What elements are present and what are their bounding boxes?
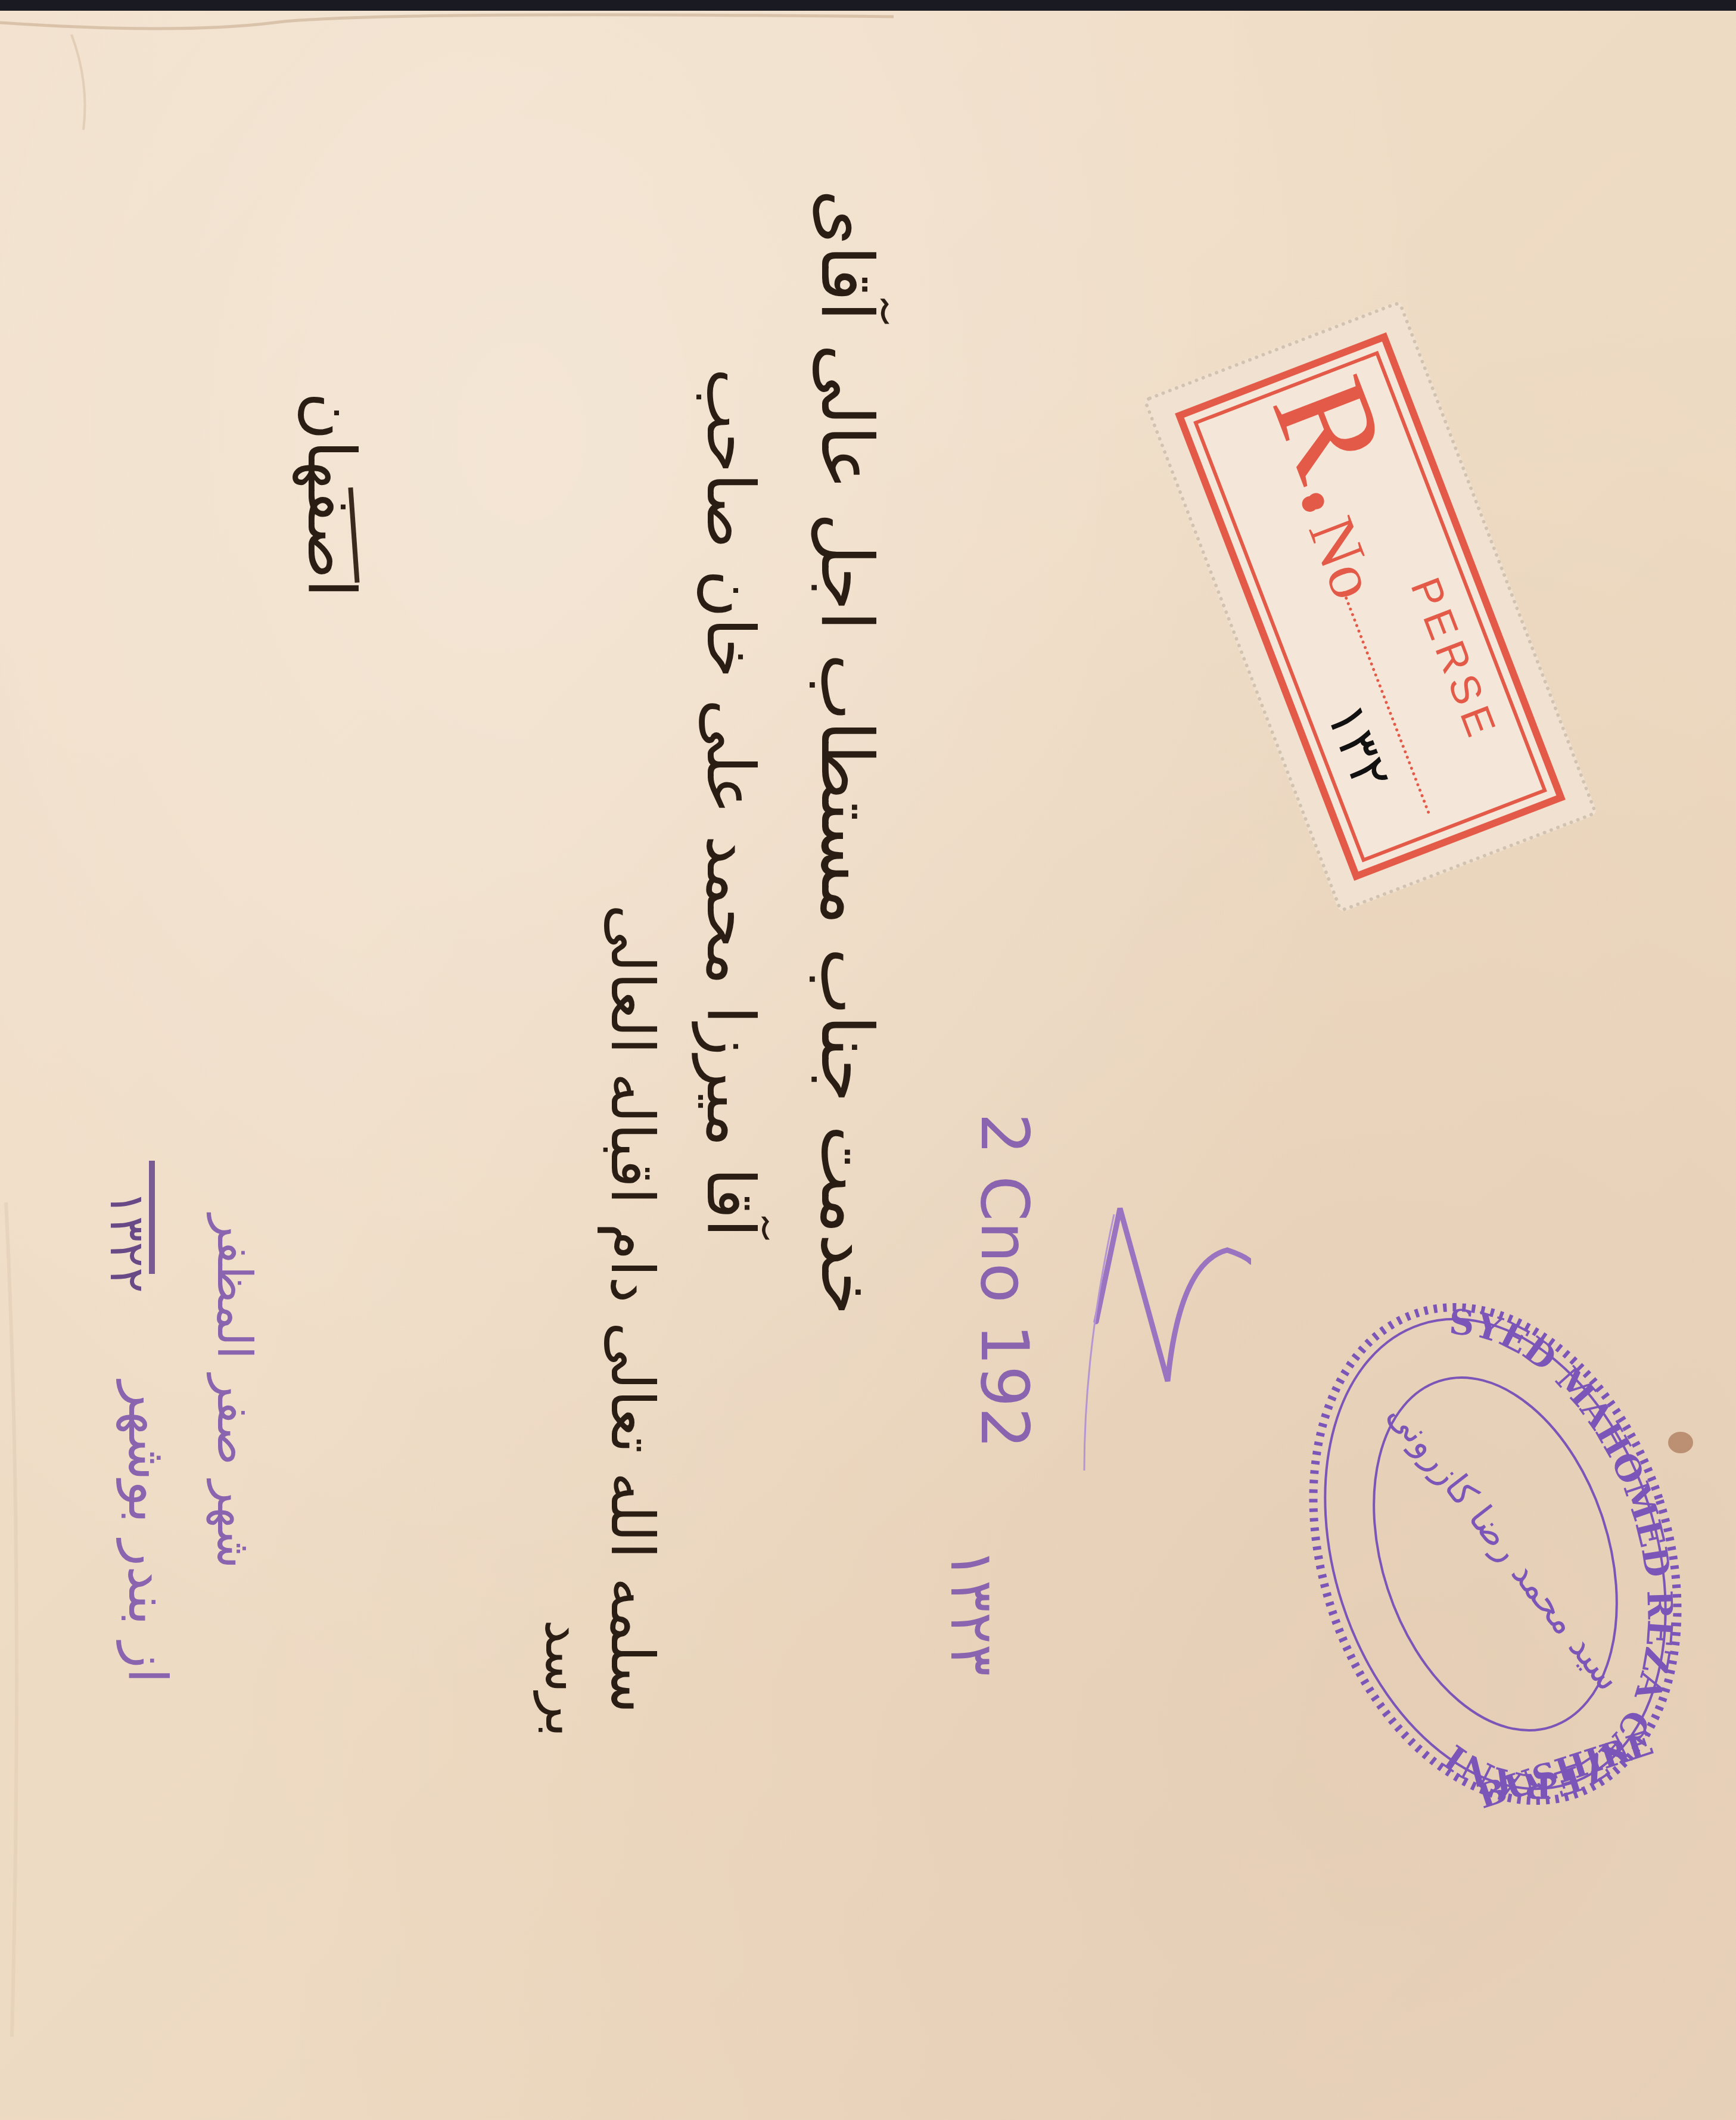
sender-note-line-2: از بندر بوشهر <box>116 1381 179 1683</box>
purple-latin-note: 2 Cno 192 <box>966 1113 1043 1449</box>
address-line-1: خدمت جناب مستطاب اجل عالی آقای <box>805 189 888 1316</box>
sender-note-line-1: شهر صفر المظفر <box>207 1214 262 1569</box>
purple-date: ۱۳۲۳ <box>937 1548 1007 1676</box>
sender-year: ۱۳۲۲ <box>99 1190 155 1293</box>
envelope: R. No PERSE ۱۳۲ اصفهان خدمت جناب مستطاب … <box>0 11 1736 2120</box>
sender-year-underline <box>149 1161 155 1274</box>
address-line-2: آقا میرزا محمد علی خان صاحب <box>692 368 769 1237</box>
sender-seal: SYED MAHOMED REZA CAZERANI BUSHIRE سید م… <box>1245 1249 1736 1858</box>
registration-label: R. No PERSE ۱۳۲ <box>1159 317 1581 896</box>
address-line-3: سلمه الله تعالی دام اقباله العالی <box>598 904 667 1714</box>
address-line-4: برسد <box>533 1619 596 1737</box>
purple-n-mark <box>1049 1202 1251 1488</box>
ink-stain <box>1668 1432 1693 1453</box>
